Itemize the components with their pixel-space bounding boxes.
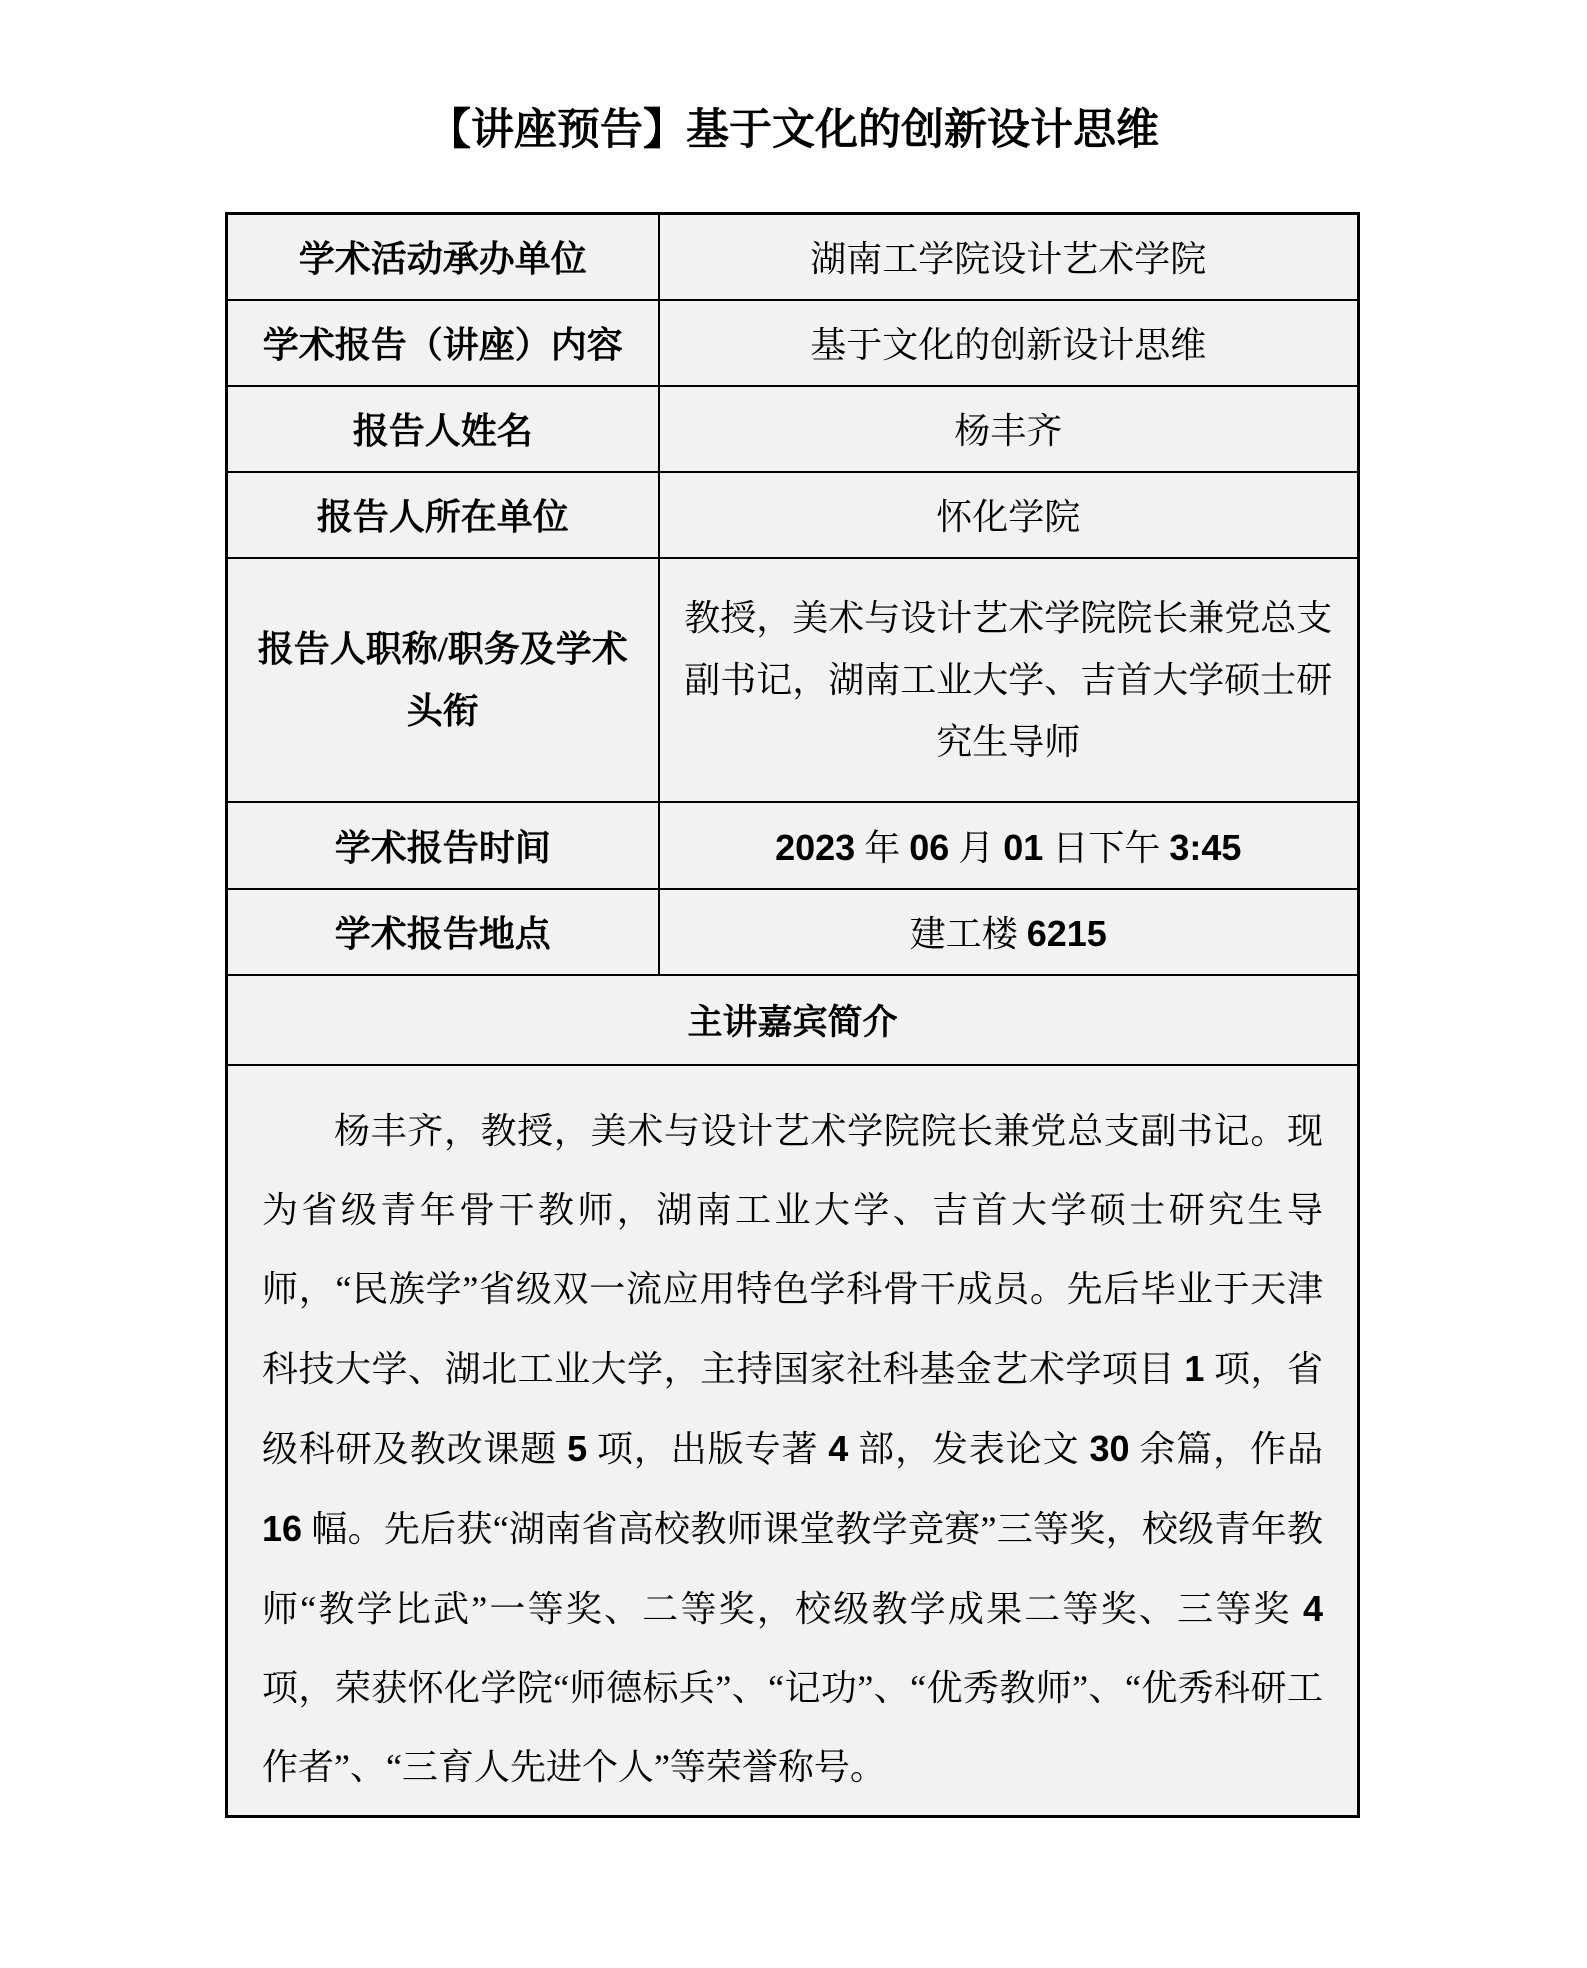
row-value: 教授，美术与设计艺术学院院长兼党总支副书记，湖南工业大学、吉首大学硕士研究生导师 <box>659 558 1359 802</box>
bio-cell: 杨丰齐，教授，美术与设计艺术学院院长兼党总支副书记。现为省级青年骨干教师，湖南工… <box>227 1065 1359 1817</box>
row-label: 学术报告（讲座）内容 <box>227 300 659 386</box>
row-section-header: 主讲嘉宾简介 <box>227 975 1359 1065</box>
document-page: 【讲座预告】基于文化的创新设计思维 学术活动承办单位 湖南工学院设计艺术学院 学… <box>0 0 1587 1968</box>
row-label: 学术报告地点 <box>227 889 659 975</box>
row-value: 建工楼 6215 <box>659 889 1359 975</box>
row-label: 报告人职称/职务及学术头衔 <box>227 558 659 802</box>
row-label: 学术活动承办单位 <box>227 214 659 300</box>
row-lecture-venue: 学术报告地点 建工楼 6215 <box>227 889 1359 975</box>
row-speaker-affiliation: 报告人所在单位 怀化学院 <box>227 472 1359 558</box>
bio-paragraph: 杨丰齐，教授，美术与设计艺术学院院长兼党总支副书记。现为省级青年骨干教师，湖南工… <box>240 1074 1345 1807</box>
page-title: 【讲座预告】基于文化的创新设计思维 <box>0 104 1587 158</box>
row-label: 报告人姓名 <box>227 386 659 472</box>
row-lecture-topic: 学术报告（讲座）内容 基于文化的创新设计思维 <box>227 300 1359 386</box>
row-speaker-name: 报告人姓名 杨丰齐 <box>227 386 1359 472</box>
section-header: 主讲嘉宾简介 <box>227 975 1359 1065</box>
row-speaker-bio: 杨丰齐，教授，美术与设计艺术学院院长兼党总支副书记。现为省级青年骨干教师，湖南工… <box>227 1065 1359 1817</box>
row-label: 报告人所在单位 <box>227 472 659 558</box>
row-host-unit: 学术活动承办单位 湖南工学院设计艺术学院 <box>227 214 1359 300</box>
row-value: 基于文化的创新设计思维 <box>659 300 1359 386</box>
row-value: 怀化学院 <box>659 472 1359 558</box>
lecture-info-table: 学术活动承办单位 湖南工学院设计艺术学院 学术报告（讲座）内容 基于文化的创新设… <box>225 212 1360 1818</box>
row-speaker-title-rank: 报告人职称/职务及学术头衔 教授，美术与设计艺术学院院长兼党总支副书记，湖南工业… <box>227 558 1359 802</box>
row-lecture-time: 学术报告时间 2023 年 06 月 01 日下午 3:45 <box>227 802 1359 889</box>
row-label: 学术报告时间 <box>227 802 659 889</box>
row-value: 2023 年 06 月 01 日下午 3:45 <box>659 802 1359 889</box>
row-value: 杨丰齐 <box>659 386 1359 472</box>
row-value: 湖南工学院设计艺术学院 <box>659 214 1359 300</box>
